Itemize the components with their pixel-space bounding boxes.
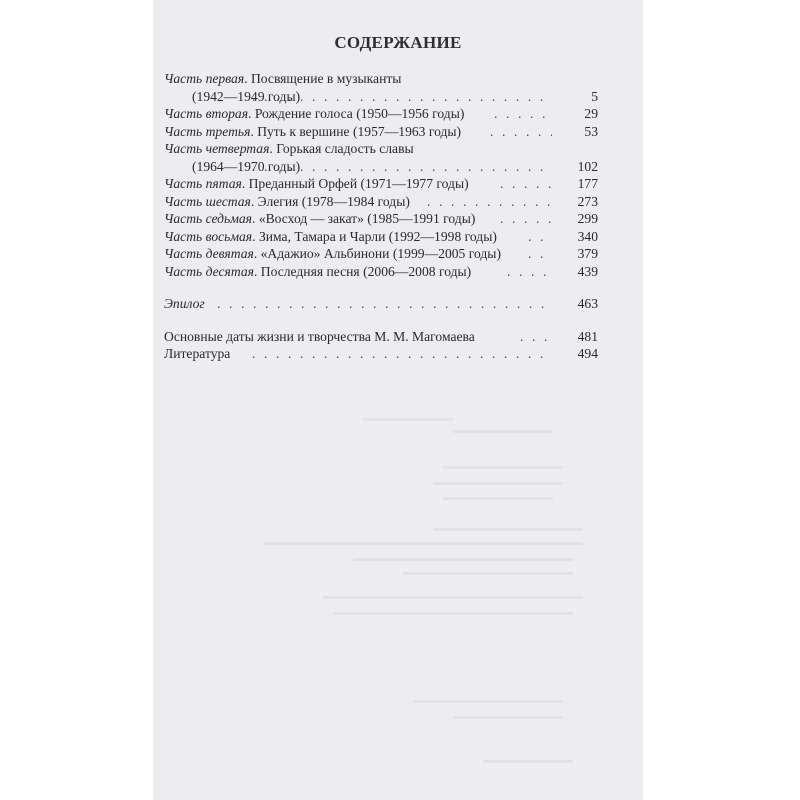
part-label: Часть четвертая (164, 141, 269, 156)
part-label: Часть седьмая (164, 211, 252, 226)
dot-leader: . . . . . . . . (507, 263, 552, 281)
entry-title: . Зима, Тамара и Чарли (1992—1998 годы) (252, 229, 497, 244)
dot-leader: . . . . . . . . . . . (490, 123, 552, 141)
entry-title: . Элегия (1978—1984 годы) (251, 194, 410, 209)
toc-entry: Часть третья. Путь к вершине (1957—1963 … (164, 123, 598, 141)
dot-leader: . . . . (528, 245, 552, 263)
toc-entry: Часть первая. Посвящение в музыканты (164, 70, 598, 88)
toc-entry: Часть вторая. Рождение голоса (1950—1956… (164, 105, 598, 123)
part-label: Эпилог (164, 295, 205, 313)
page-number: 481 (578, 328, 598, 346)
entry-title: Основные даты жизни и творчества М. М. М… (164, 328, 475, 346)
page-number: 463 (578, 295, 598, 313)
page-number: 299 (578, 210, 598, 228)
toc-entry-continuation: (1942—1949 годы) . . . . . . . . . . . .… (164, 88, 598, 106)
toc-entry: Часть четвертая. Горькая сладость славы (164, 140, 598, 158)
dot-leader: . . . . . . . . . (500, 210, 552, 228)
page-number: 340 (578, 228, 598, 246)
entry-title: . Путь к вершине (1957—1963 годы) (250, 124, 461, 139)
dot-leader: . . . . . . . . . . . . . . . . . . . . … (252, 345, 552, 363)
page-title: СОДЕРЖАНИЕ (153, 33, 643, 53)
toc-entry: Часть девятая. «Адажио» Альбинони (1999—… (164, 245, 598, 263)
part-label: Часть третья (164, 124, 250, 139)
toc-entry-epilogue: Эпилог . . . . . . . . . . . . . . . . .… (164, 295, 598, 313)
part-label: Часть вторая (164, 106, 248, 121)
toc-entry: Часть восьмая. Зима, Тамара и Чарли (199… (164, 228, 598, 246)
dot-leader: . . . . . . . . . . . . . . . . . . . . … (252, 88, 552, 106)
dot-leader: . . . . . . . . . . . . . . . . . . . . … (217, 295, 552, 313)
part-label: Часть шестая (164, 194, 251, 209)
entry-title: . Горькая сладость славы (269, 141, 413, 156)
part-label: Часть первая (164, 71, 244, 86)
part-label: Часть десятая (164, 264, 254, 279)
dot-leader: . . . . (528, 228, 552, 246)
part-label: Часть девятая (164, 246, 254, 261)
toc-entry-appendix: Основные даты жизни и творчества М. М. М… (164, 328, 598, 346)
entry-title: . Посвящение в музыканты (244, 71, 401, 86)
page-number: 102 (578, 158, 598, 176)
entry-title: . Рождение голоса (1950—1956 годы) (248, 106, 464, 121)
dot-leader: . . . . . . . . . . . . . . . . . . . . … (252, 158, 552, 176)
toc-entry: Часть седьмая. «Восход — закат» (1985—19… (164, 210, 598, 228)
dot-leader: . . . . . . . . . . . . . . . . . . . . … (427, 193, 552, 211)
page-number: 439 (578, 263, 598, 281)
page-number: 177 (578, 175, 598, 193)
dot-leader: . . . . . . . . . . . (494, 105, 552, 123)
page-number: 379 (578, 245, 598, 263)
page-number: 53 (584, 123, 598, 141)
entry-title: . «Восход — закат» (1985—1991 годы) (252, 211, 475, 226)
entry-title: . Преданный Орфей (1971—1977 годы) (242, 176, 469, 191)
dot-leader: . . . . . (520, 328, 552, 346)
entry-title: . Последняя песня (2006—2008 годы) (254, 264, 471, 279)
toc-entry: Часть десятая. Последняя песня (2006—200… (164, 263, 598, 281)
page-number: 5 (591, 88, 598, 106)
table-of-contents: Часть первая. Посвящение в музыканты (19… (164, 70, 598, 363)
toc-entry: Часть шестая. Элегия (1978—1984 годы) . … (164, 193, 598, 211)
dot-leader: . . . . . . . . . (500, 175, 552, 193)
part-label: Часть восьмая (164, 229, 252, 244)
part-label: Часть пятая (164, 176, 242, 191)
book-page: СОДЕРЖАНИЕ Часть первая. Посвящение в му… (153, 0, 643, 800)
entry-title: Литература (164, 345, 230, 363)
toc-entry-appendix: Литература . . . . . . . . . . . . . . .… (164, 345, 598, 363)
toc-entry: Часть пятая. Преданный Орфей (1971—1977 … (164, 175, 598, 193)
page-number: 29 (584, 105, 598, 123)
page-number: 494 (578, 345, 598, 363)
toc-entry-continuation: (1964—1970 годы) . . . . . . . . . . . .… (164, 158, 598, 176)
entry-title: . «Адажио» Альбинони (1999—2005 годы) (254, 246, 501, 261)
page-number: 273 (578, 193, 598, 211)
